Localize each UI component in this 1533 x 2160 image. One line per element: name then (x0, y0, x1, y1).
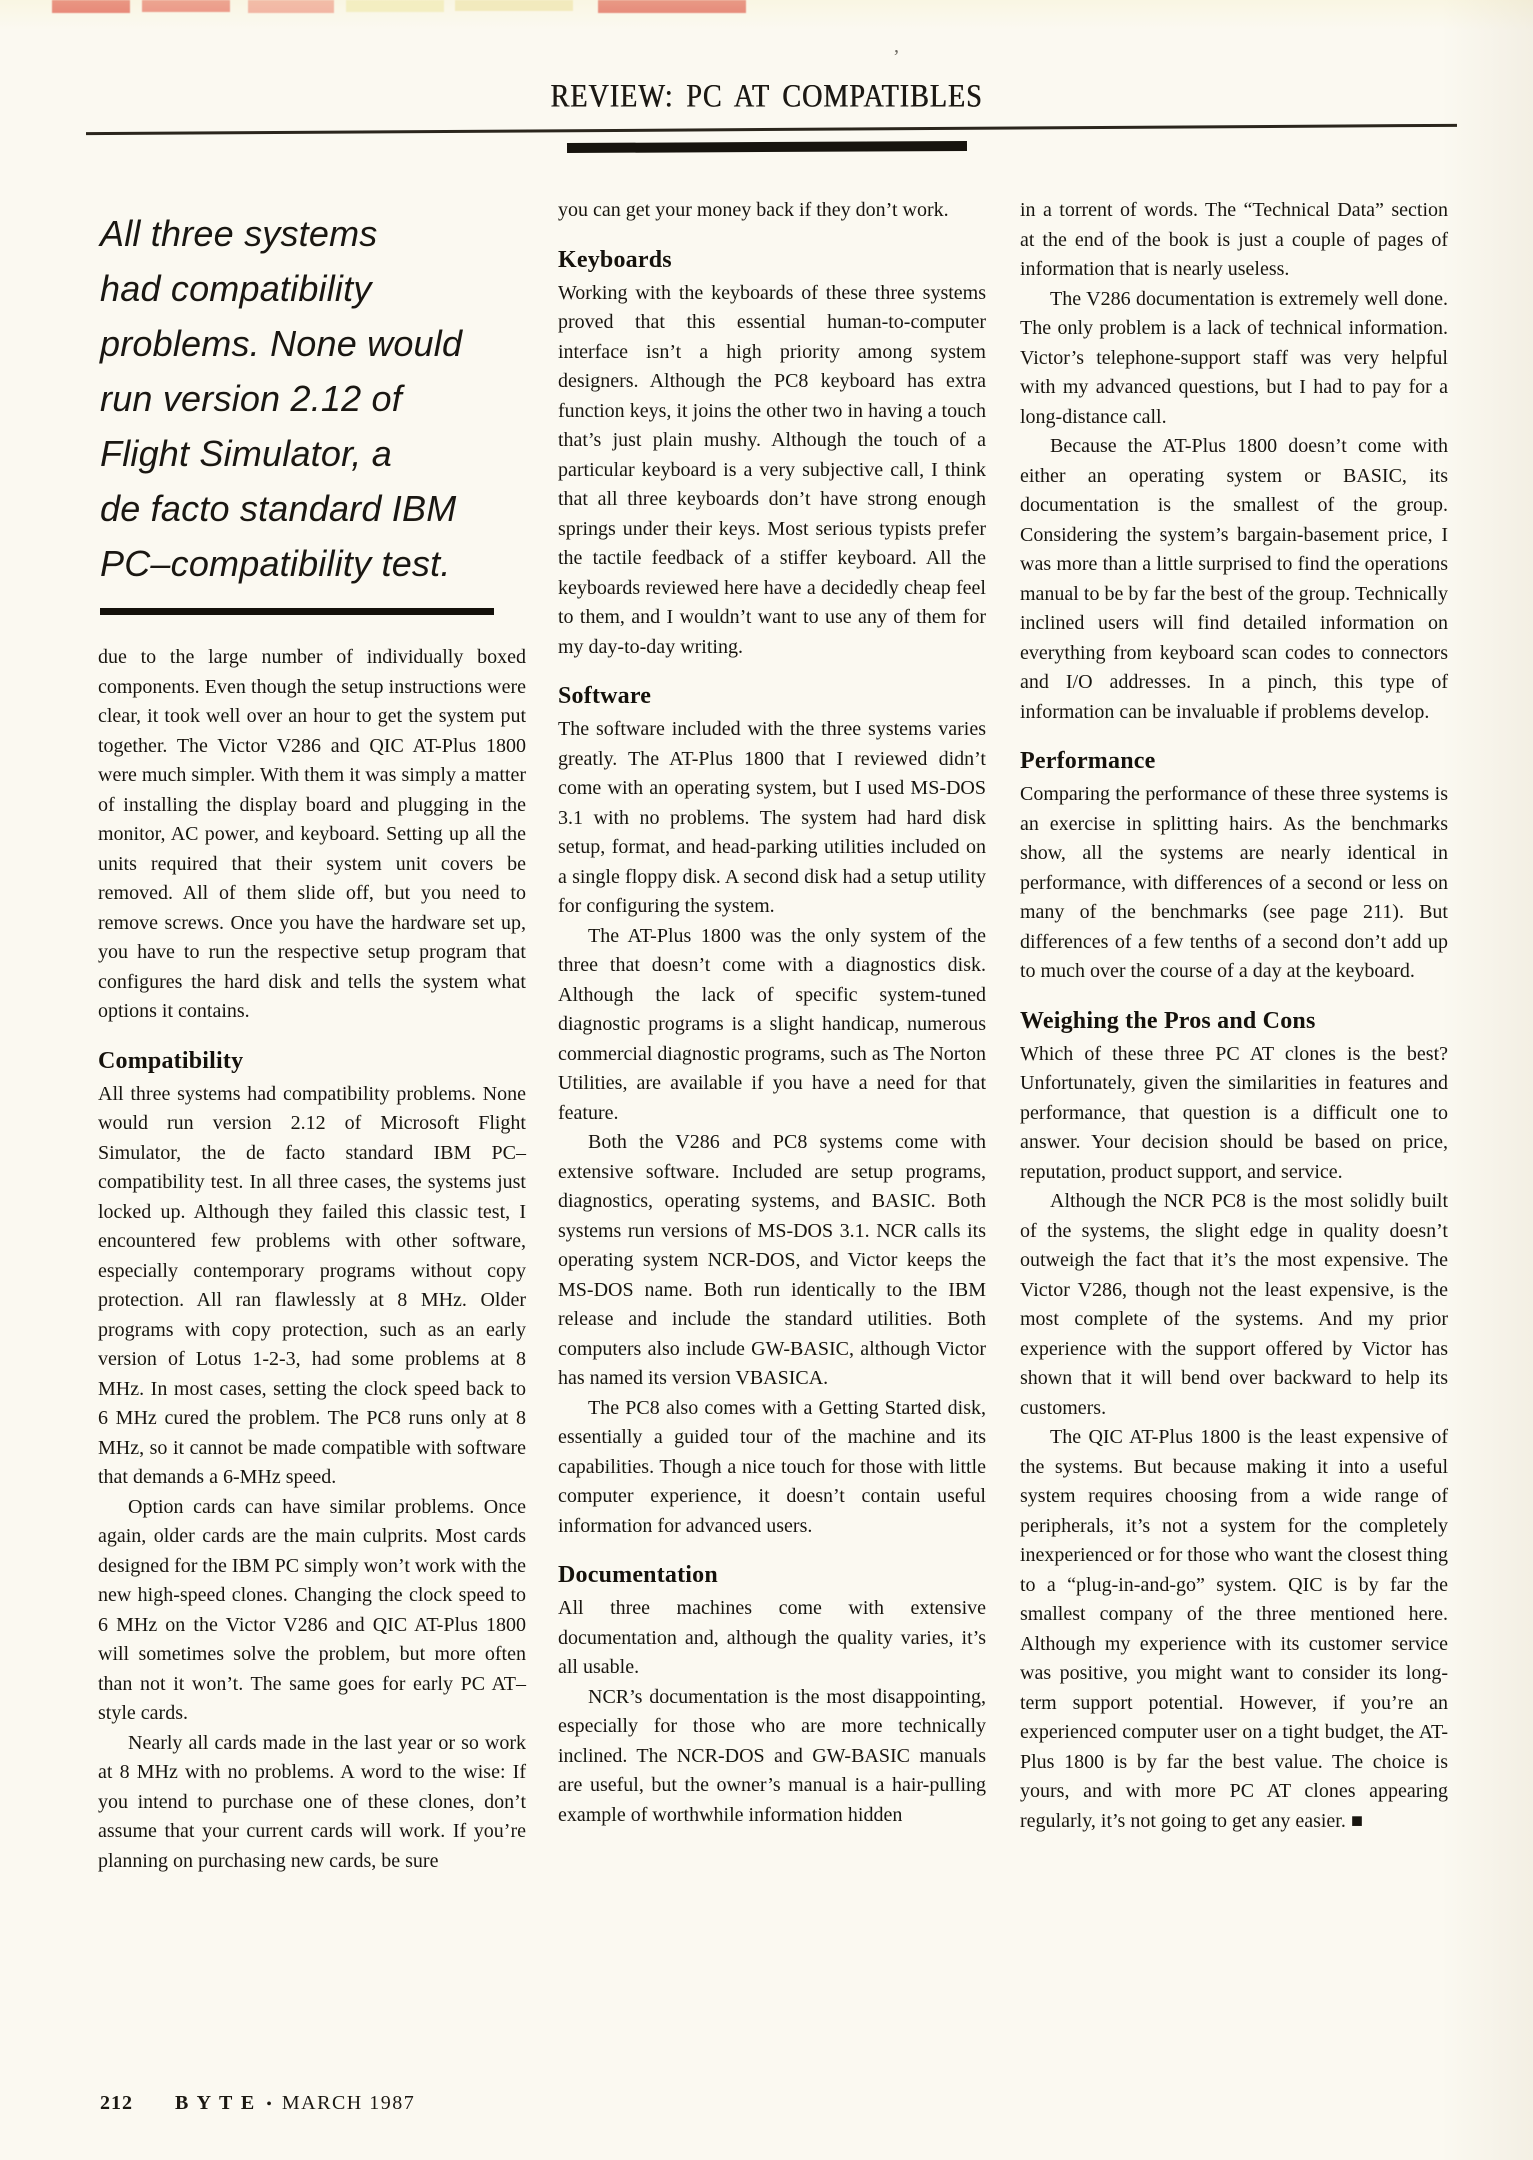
press-mark-red (52, 0, 130, 13)
body-paragraph: The PC8 also comes with a Getting Starte… (558, 1394, 986, 1542)
body-paragraph: Nearly all cards made in the last year o… (98, 1729, 526, 1877)
body-paragraph: Option cards can have similar problems. … (98, 1493, 526, 1729)
spacer (98, 615, 526, 643)
page-footer: 212B Y T E•MARCH 1987 (100, 2092, 415, 2115)
body-paragraph: The V286 documentation is extremely well… (1020, 285, 1448, 433)
body-paragraph: Although the NCR PC8 is the most solidly… (1020, 1187, 1448, 1423)
header-rule (86, 124, 1457, 135)
body-paragraph: Working with the keyboards of these thre… (558, 279, 986, 663)
scan-artifact: ’ (893, 46, 900, 69)
issue-date: MARCH 1987 (282, 2092, 415, 2114)
section-heading-compatibility: Compatibility (98, 1027, 526, 1075)
body-paragraph: in a torrent of words. The “Technical Da… (1020, 196, 1448, 285)
pull-quote: All three systems had compatibility prob… (100, 206, 526, 591)
body-paragraph: The software included with the three sys… (558, 715, 986, 922)
press-mark-yellow (346, 0, 444, 12)
press-mark-red (142, 0, 230, 12)
press-mark-red (248, 0, 334, 13)
body-paragraph: you can get your money back if they don’… (558, 196, 986, 226)
press-mark-red (598, 0, 746, 13)
footer-bullet: • (266, 2096, 272, 2113)
body-paragraph: Comparing the performance of these three… (1020, 780, 1448, 987)
press-color-marks (0, 0, 1533, 16)
header-thick-bar (567, 141, 967, 153)
body-paragraph: All three systems had compatibility prob… (98, 1080, 526, 1493)
column-left: All three systems had compatibility prob… (98, 202, 526, 1876)
section-heading-pros-cons: Weighing the Pros and Cons (1020, 987, 1448, 1035)
section-heading-keyboards: Keyboards (558, 226, 986, 274)
column-middle: you can get your money back if they don’… (558, 196, 986, 1830)
section-heading-documentation: Documentation (558, 1541, 986, 1589)
magazine-name: B Y T E (175, 2092, 256, 2114)
body-paragraph: NCR’s documentation is the most disappoi… (558, 1683, 986, 1831)
page-title: REVIEW: PC AT COMPATIBLES (46, 79, 1487, 116)
column-right: in a torrent of words. The “Technical Da… (1020, 196, 1448, 1836)
press-mark-yellow (455, 0, 573, 11)
body-paragraph: Because the AT-Plus 1800 doesn’t come wi… (1020, 432, 1448, 727)
body-paragraph: All three machines come with extensive d… (558, 1594, 986, 1683)
body-paragraph: Both the V286 and PC8 systems come with … (558, 1128, 986, 1394)
section-heading-software: Software (558, 662, 986, 710)
body-paragraph: Which of these three PC AT clones is the… (1020, 1040, 1448, 1188)
body-paragraph: The AT-Plus 1800 was the only system of … (558, 922, 986, 1129)
body-paragraph: due to the large number of individually … (98, 643, 526, 1027)
magazine-page: REVIEW: PC AT COMPATIBLES ’ All three sy… (0, 0, 1533, 2160)
pull-quote-rule (100, 608, 494, 615)
section-heading-performance: Performance (1020, 727, 1448, 775)
body-paragraph-final: The QIC AT-Plus 1800 is the least expens… (1020, 1423, 1448, 1836)
page-number: 212 (100, 2092, 133, 2114)
